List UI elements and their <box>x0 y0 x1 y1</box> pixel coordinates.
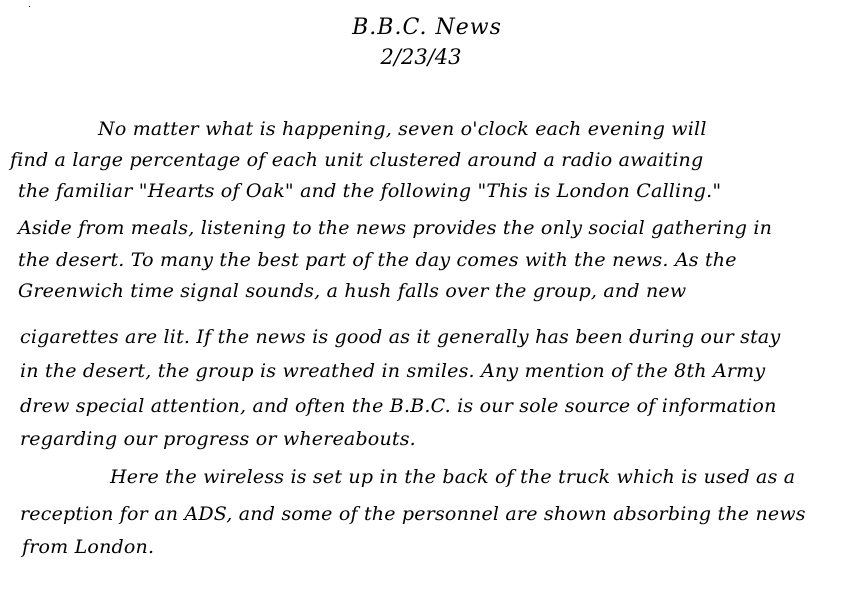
scan-speck <box>29 6 30 7</box>
paragraph-1-line-3: the familiar "Hearts of Oak" and the fol… <box>18 179 721 203</box>
paragraph-2-line-1: Here the wireless is set up in the back … <box>110 465 795 489</box>
paragraph-1-line-5: the desert. To many the best part of the… <box>18 248 737 272</box>
paragraph-1-line-2: find a large percentage of each unit clu… <box>10 148 703 172</box>
document-date: 2/23/43 <box>0 42 864 72</box>
paragraph-1-line-1: No matter what is happening, seven o'clo… <box>98 117 707 141</box>
paragraph-1-line-4: Aside from meals, listening to the news … <box>18 216 772 240</box>
document-header: B.B.C. News 2/23/43 <box>0 14 864 72</box>
paragraph-1-line-8: in the desert, the group is wreathed in … <box>20 359 765 383</box>
paragraph-2-line-3: from London. <box>22 535 154 559</box>
paragraph-1-line-10: regarding our progress or whereabouts. <box>20 427 416 451</box>
paragraph-1-line-7: cigarettes are lit. If the news is good … <box>20 325 780 349</box>
paragraph-1-line-9: drew special attention, and often the B.… <box>20 394 777 418</box>
document-title: B.B.C. News <box>0 14 864 42</box>
paragraph-2-line-2: reception for an ADS, and some of the pe… <box>20 502 806 526</box>
paragraph-1-line-6: Greenwich time signal sounds, a hush fal… <box>18 279 686 303</box>
handwritten-page: B.B.C. News 2/23/43 No matter what is ha… <box>0 0 864 598</box>
